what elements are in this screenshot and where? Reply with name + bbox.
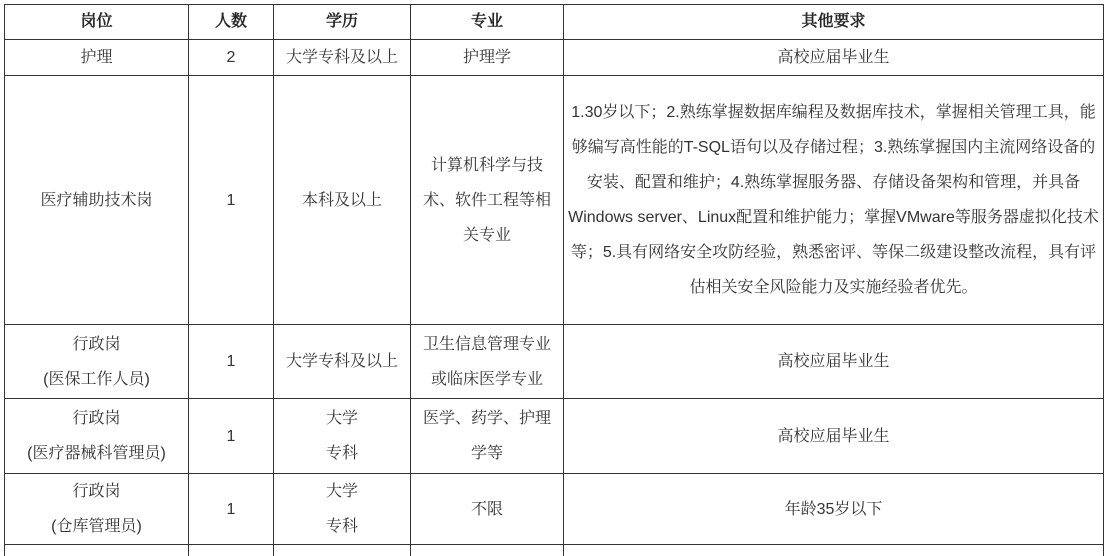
column-header-major: 专业 [411, 5, 564, 40]
cell-position: 行政岗 (仓库管理员) [5, 474, 189, 545]
column-header-other: 其他要求 [564, 5, 1104, 40]
cell-headcount: 1 [189, 399, 274, 474]
cell-empty [5, 545, 189, 556]
cell-other: 年龄35岁以下 [564, 474, 1104, 545]
cell-empty [564, 545, 1104, 556]
cell-empty [274, 545, 411, 556]
cell-education: 大学专科及以上 [274, 325, 411, 399]
cell-other: 1.30岁以下；2.熟练掌握数据库编程及数据库技术，掌握相关管理工具，能够编写高… [564, 76, 1104, 325]
cell-position: 行政岗 (医疗器械科管理员) [5, 399, 189, 474]
table-row: 行政岗 (仓库管理员) 1 大学 专科 不限 年龄35岁以下 [5, 474, 1104, 545]
table-row: 医疗辅助技术岗 1 本科及以上 计算机科学与技 术、软件工程等相 关专业 1.3… [5, 76, 1104, 325]
cell-empty [189, 545, 274, 556]
cell-position: 医疗辅助技术岗 [5, 76, 189, 325]
column-header-position: 岗位 [5, 5, 189, 40]
job-positions-table: 岗位 人数 学历 专业 其他要求 护理 2 大学专科及以上 护理学 高校应届毕业… [4, 4, 1104, 556]
cell-position: 护理 [5, 40, 189, 76]
cell-headcount: 2 [189, 40, 274, 76]
cell-education: 本科及以上 [274, 76, 411, 325]
partial-cutoff-row [5, 545, 1104, 556]
cell-education: 大学 专科 [274, 474, 411, 545]
cell-education: 大学 专科 [274, 399, 411, 474]
recruitment-table-page: 岗位 人数 学历 专业 其他要求 护理 2 大学专科及以上 护理学 高校应届毕业… [0, 0, 1108, 556]
cell-major: 卫生信息管理专业 或临床医学专业 [411, 325, 564, 399]
cell-headcount: 1 [189, 325, 274, 399]
cell-other: 高校应届毕业生 [564, 325, 1104, 399]
cell-other: 高校应届毕业生 [564, 40, 1104, 76]
column-header-education: 学历 [274, 5, 411, 40]
header-row: 岗位 人数 学历 专业 其他要求 [5, 5, 1104, 40]
cell-major: 医学、药学、护理 学等 [411, 399, 564, 474]
table-row: 行政岗 (医疗器械科管理员) 1 大学 专科 医学、药学、护理 学等 高校应届毕… [5, 399, 1104, 474]
cell-education: 大学专科及以上 [274, 40, 411, 76]
cell-position: 行政岗 (医保工作人员) [5, 325, 189, 399]
cell-headcount: 1 [189, 76, 274, 325]
cell-major: 不限 [411, 474, 564, 545]
cell-major: 计算机科学与技 术、软件工程等相 关专业 [411, 76, 564, 325]
table-row: 行政岗 (医保工作人员) 1 大学专科及以上 卫生信息管理专业 或临床医学专业 … [5, 325, 1104, 399]
cell-major: 护理学 [411, 40, 564, 76]
cell-other: 高校应届毕业生 [564, 399, 1104, 474]
cell-empty [411, 545, 564, 556]
cell-headcount: 1 [189, 474, 274, 545]
column-header-headcount: 人数 [189, 5, 274, 40]
table-row: 护理 2 大学专科及以上 护理学 高校应届毕业生 [5, 40, 1104, 76]
